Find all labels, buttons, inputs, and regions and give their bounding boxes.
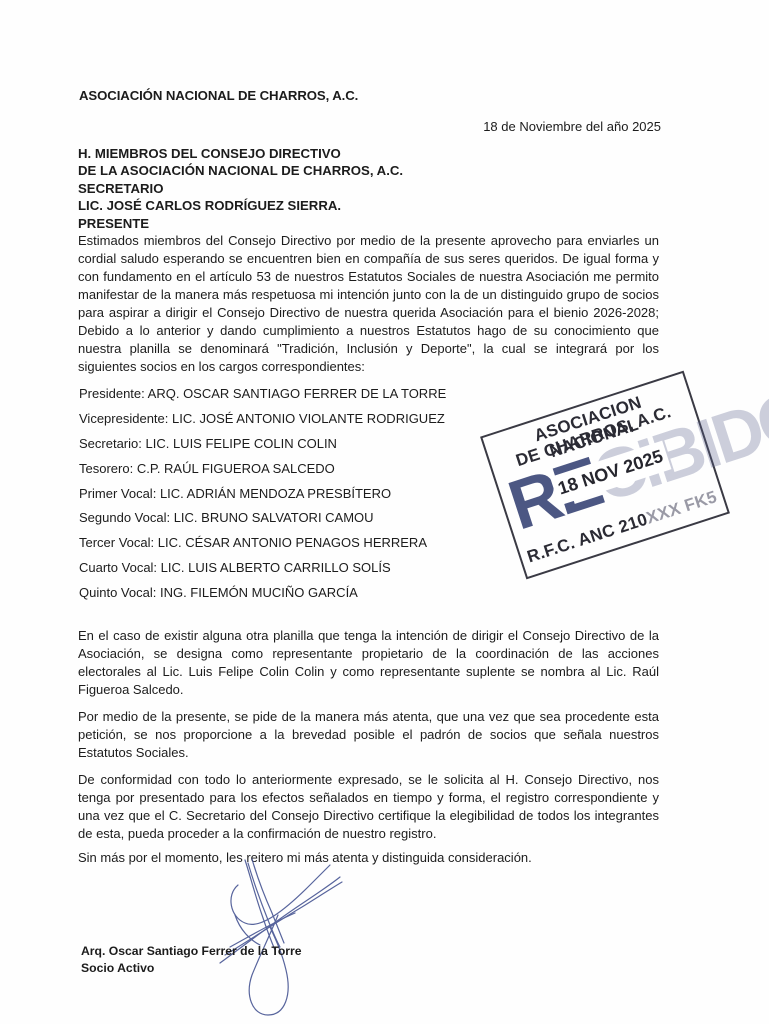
officer-name: LIC. LUIS ALBERTO CARRILLO SOLÍS (161, 560, 391, 575)
officer-item: Tercer Vocal: LIC. CÉSAR ANTONIO PENAGOS… (79, 534, 446, 559)
officer-role: Segundo Vocal: (79, 510, 170, 525)
addressee-line: LIC. JOSÉ CARLOS RODRÍGUEZ SIERRA. (78, 197, 403, 214)
intro-paragraph: Estimados miembros del Consejo Directivo… (78, 232, 659, 376)
handwritten-signature (190, 855, 350, 1020)
addressee-line: DE LA ASOCIACIÓN NACIONAL DE CHARROS, A.… (78, 162, 403, 179)
signer-title: Socio Activo (81, 960, 302, 977)
paragraph-registration: De conformidad con todo lo anteriormente… (78, 771, 659, 843)
officer-item: Primer Vocal: LIC. ADRIÁN MENDOZA PRESBÍ… (79, 485, 446, 510)
officer-role: Presidente: (79, 386, 145, 401)
officer-item: Vicepresidente: LIC. JOSÉ ANTONIO VIOLAN… (79, 410, 446, 435)
officer-item: Cuarto Vocal: LIC. LUIS ALBERTO CARRILLO… (79, 559, 446, 584)
addressee-line: H. MIEMBROS DEL CONSEJO DIRECTIVO (78, 145, 403, 162)
officer-item: Segundo Vocal: LIC. BRUNO SALVATORI CAMO… (79, 509, 446, 534)
letter-date: 18 de Noviembre del año 2025 (403, 119, 661, 134)
officer-name: C.P. RAÚL FIGUEROA SALCEDO (137, 461, 335, 476)
closing-line: Sin más por el momento, les reitero mi m… (78, 849, 659, 867)
addressee-line: SECRETARIO (78, 180, 403, 197)
officer-item: Presidente: ARQ. OSCAR SANTIAGO FERRER D… (79, 385, 446, 410)
officer-role: Vicepresidente: (79, 411, 168, 426)
received-stamp: RECIBIDO ASOCIACION NACIONAL DE CHARROS,… (480, 371, 730, 580)
officer-name: LIC. LUIS FELIPE COLIN COLIN (146, 436, 337, 451)
letter-page: ASOCIACIÓN NACIONAL DE CHARROS, A.C. 18 … (0, 0, 769, 1024)
officer-item: Quinto Vocal: ING. FILEMÓN MUCIÑO GARCÍA (79, 584, 446, 609)
addressee-line: PRESENTE (78, 215, 403, 232)
officer-item: Secretario: LIC. LUIS FELIPE COLIN COLIN (79, 435, 446, 460)
officer-item: Tesorero: C.P. RAÚL FIGUEROA SALCEDO (79, 460, 446, 485)
officer-role: Primer Vocal: (79, 486, 156, 501)
officer-role: Cuarto Vocal: (79, 560, 157, 575)
organization-header: ASOCIACIÓN NACIONAL DE CHARROS, A.C. (79, 88, 358, 103)
officer-role: Tercer Vocal: (79, 535, 154, 550)
officer-name: ING. FILEMÓN MUCIÑO GARCÍA (160, 585, 358, 600)
signer-name: Arq. Oscar Santiago Ferrer de la Torre (81, 943, 302, 960)
officers-list: Presidente: ARQ. OSCAR SANTIAGO FERRER D… (79, 385, 446, 609)
officer-name: LIC. CÉSAR ANTONIO PENAGOS HERRERA (158, 535, 427, 550)
officer-role: Secretario: (79, 436, 142, 451)
officer-name: ARQ. OSCAR SANTIAGO FERRER DE LA TORRE (148, 386, 447, 401)
paragraph-request-roster: Por medio de la presente, se pide de la … (78, 708, 659, 762)
addressee-block: H. MIEMBROS DEL CONSEJO DIRECTIVO DE LA … (78, 145, 403, 232)
officer-name: LIC. JOSÉ ANTONIO VIOLANTE RODRIGUEZ (172, 411, 445, 426)
officer-role: Quinto Vocal: (79, 585, 156, 600)
officer-name: LIC. BRUNO SALVATORI CAMOU (174, 510, 374, 525)
officer-role: Tesorero: (79, 461, 133, 476)
signer-block: Arq. Oscar Santiago Ferrer de la Torre S… (81, 943, 302, 977)
paragraph-representatives: En el caso de existir alguna otra planil… (78, 627, 659, 699)
officer-name: LIC. ADRIÁN MENDOZA PRESBÍTERO (160, 486, 391, 501)
